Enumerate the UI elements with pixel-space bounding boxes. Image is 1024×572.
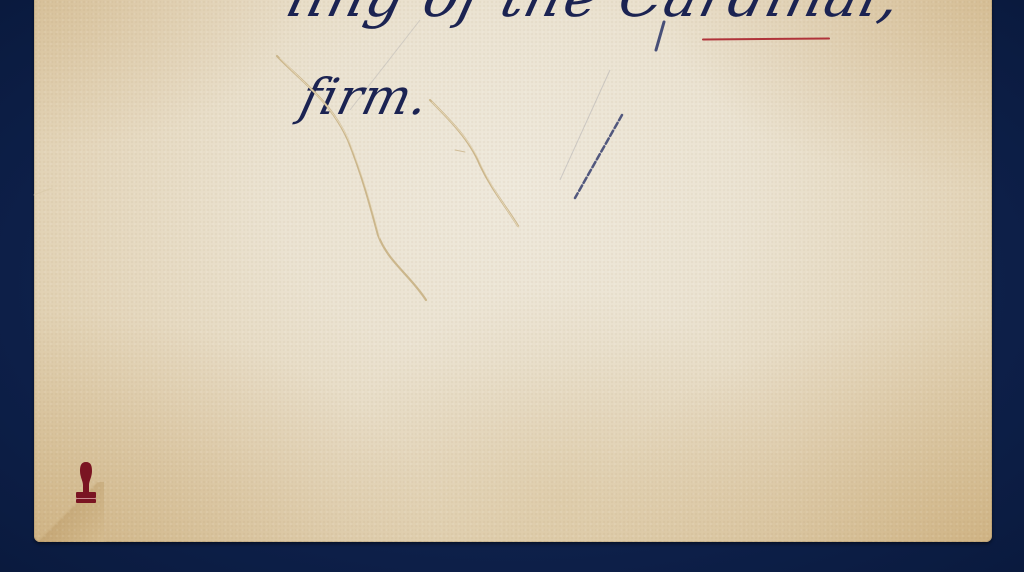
handwriting-line-1: ling of the Cardinal,	[282, 0, 910, 30]
aged-paper-sheet	[34, 0, 992, 542]
handwriting-line-2: firm.	[295, 68, 436, 126]
rubber-stamp-icon	[74, 461, 98, 505]
